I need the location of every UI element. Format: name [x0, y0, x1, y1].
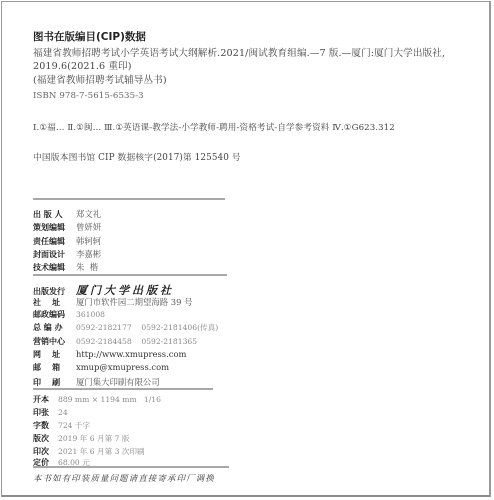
spec-label: 印次: [33, 446, 58, 457]
spec-value: 24: [58, 408, 68, 417]
staff-row-responsible-editor: 责任编辑 韩轲轲: [33, 235, 101, 247]
spec-label: 字数: [33, 420, 58, 431]
publisher-label: 营销中心: [33, 336, 76, 347]
isbn-line: ISBN 978-7-5615-6535-3: [33, 91, 144, 101]
spec-label: 版次: [33, 433, 58, 444]
publisher-value: 0592-2182177 0592-2181406(传真): [76, 322, 218, 333]
website-link[interactable]: http://www.xmupress.com: [76, 349, 186, 359]
divider-rule: [33, 466, 229, 468]
spec-value: 2021 年 6 月第 3 次印刷: [58, 446, 145, 457]
publisher-label: 总 编 办: [33, 322, 76, 333]
staff-value: 韩轲轲: [76, 235, 101, 247]
publisher-value: 0592-2184458 0592-2181365: [76, 337, 197, 346]
publisher-label: 网 址: [33, 349, 76, 360]
staff-label: 责任编辑: [33, 236, 76, 247]
publisher-row-printer: 印 刷 厦门集大印刷有限公司: [33, 376, 160, 388]
publisher-value: 361008: [76, 310, 105, 319]
staff-row-publisher: 出 版 人 郑文礼: [33, 208, 101, 220]
publisher-row-marketing: 营销中心 0592-2184458 0592-2181365: [33, 336, 197, 347]
publisher-row-email: 邮 箱 xmup@xmupress.com: [33, 362, 169, 373]
spec-row-word-count: 字数 724 千字: [33, 420, 90, 431]
staff-row-technical-editor: 技术编辑 朱 楷: [33, 261, 98, 273]
cip-date-line: 2019.6(2021.6 重印): [33, 58, 132, 72]
spec-label: 开本: [33, 394, 58, 405]
footer-note: 本书如有印装质量问题请直接寄承印厂调换: [33, 472, 215, 484]
classification-line: Ⅰ.①福… Ⅱ.①闽… Ⅲ.①英语课-教学法-小学教师-聘用-资格考试-自学参考…: [33, 121, 395, 133]
publisher-row-postcode: 邮政编码 361008: [33, 309, 105, 320]
spec-row-edition: 版次 2019 年 6 月第 7 版: [33, 433, 129, 444]
spec-value: 889 mm × 1194 mm 1/16: [58, 395, 161, 404]
publisher-row-website: 网 址 http://www.xmupress.com: [33, 349, 186, 360]
cip-heading: 图书在版编目(CIP)数据: [33, 29, 146, 44]
spec-value: 724 千字: [58, 420, 90, 431]
staff-value: 朱 楷: [76, 261, 98, 273]
spec-row-format: 开本 889 mm × 1194 mm 1/16: [33, 394, 161, 405]
staff-row-planning-editor: 策划编辑 曾妍妍: [33, 221, 101, 233]
staff-value: 郑文礼: [76, 208, 101, 220]
publisher-value: 厦门市软件园二期望海路 39 号: [76, 296, 192, 308]
staff-label: 出 版 人: [33, 209, 76, 220]
spec-label: 印张: [33, 407, 58, 418]
publisher-label: 社 址: [33, 297, 76, 308]
staff-value: 曾妍妍: [76, 221, 101, 233]
cip-series-line: (福建省教师招聘考试辅导丛书): [33, 72, 167, 86]
publisher-label: 邮政编码: [33, 309, 76, 320]
staff-row-cover-design: 封面设计 李嘉彬: [33, 248, 101, 260]
spec-row-printing: 印次 2021 年 6 月第 3 次印刷: [33, 446, 145, 457]
cip-number-line: 中国版本图书馆 CIP 数据核字(2017)第 125540 号: [33, 150, 241, 163]
staff-value: 李嘉彬: [76, 248, 101, 260]
divider-rule: [33, 274, 227, 276]
email-link[interactable]: xmup@xmupress.com: [76, 362, 169, 372]
cip-title-line: 福建省教师招聘考试小学英语考试大纲解析.2021/闽试教育组编.—7 版.—厦门…: [33, 45, 445, 59]
staff-label: 策划编辑: [33, 222, 76, 233]
publisher-label: 印 刷: [33, 377, 76, 388]
divider-rule: [33, 198, 225, 200]
publisher-label: 邮 箱: [33, 362, 76, 373]
publisher-row-address: 社 址 厦门市软件园二期望海路 39 号: [33, 296, 192, 308]
divider-rule: [33, 388, 213, 390]
staff-label: 封面设计: [33, 249, 76, 260]
staff-label: 技术编辑: [33, 262, 76, 273]
spec-value: 2019 年 6 月第 7 版: [58, 433, 129, 444]
publisher-row-editorial-office: 总 编 办 0592-2182177 0592-2181406(传真): [33, 322, 218, 333]
spec-row-sheets: 印张 24: [33, 407, 68, 418]
publisher-value: 厦门集大印刷有限公司: [76, 376, 160, 388]
